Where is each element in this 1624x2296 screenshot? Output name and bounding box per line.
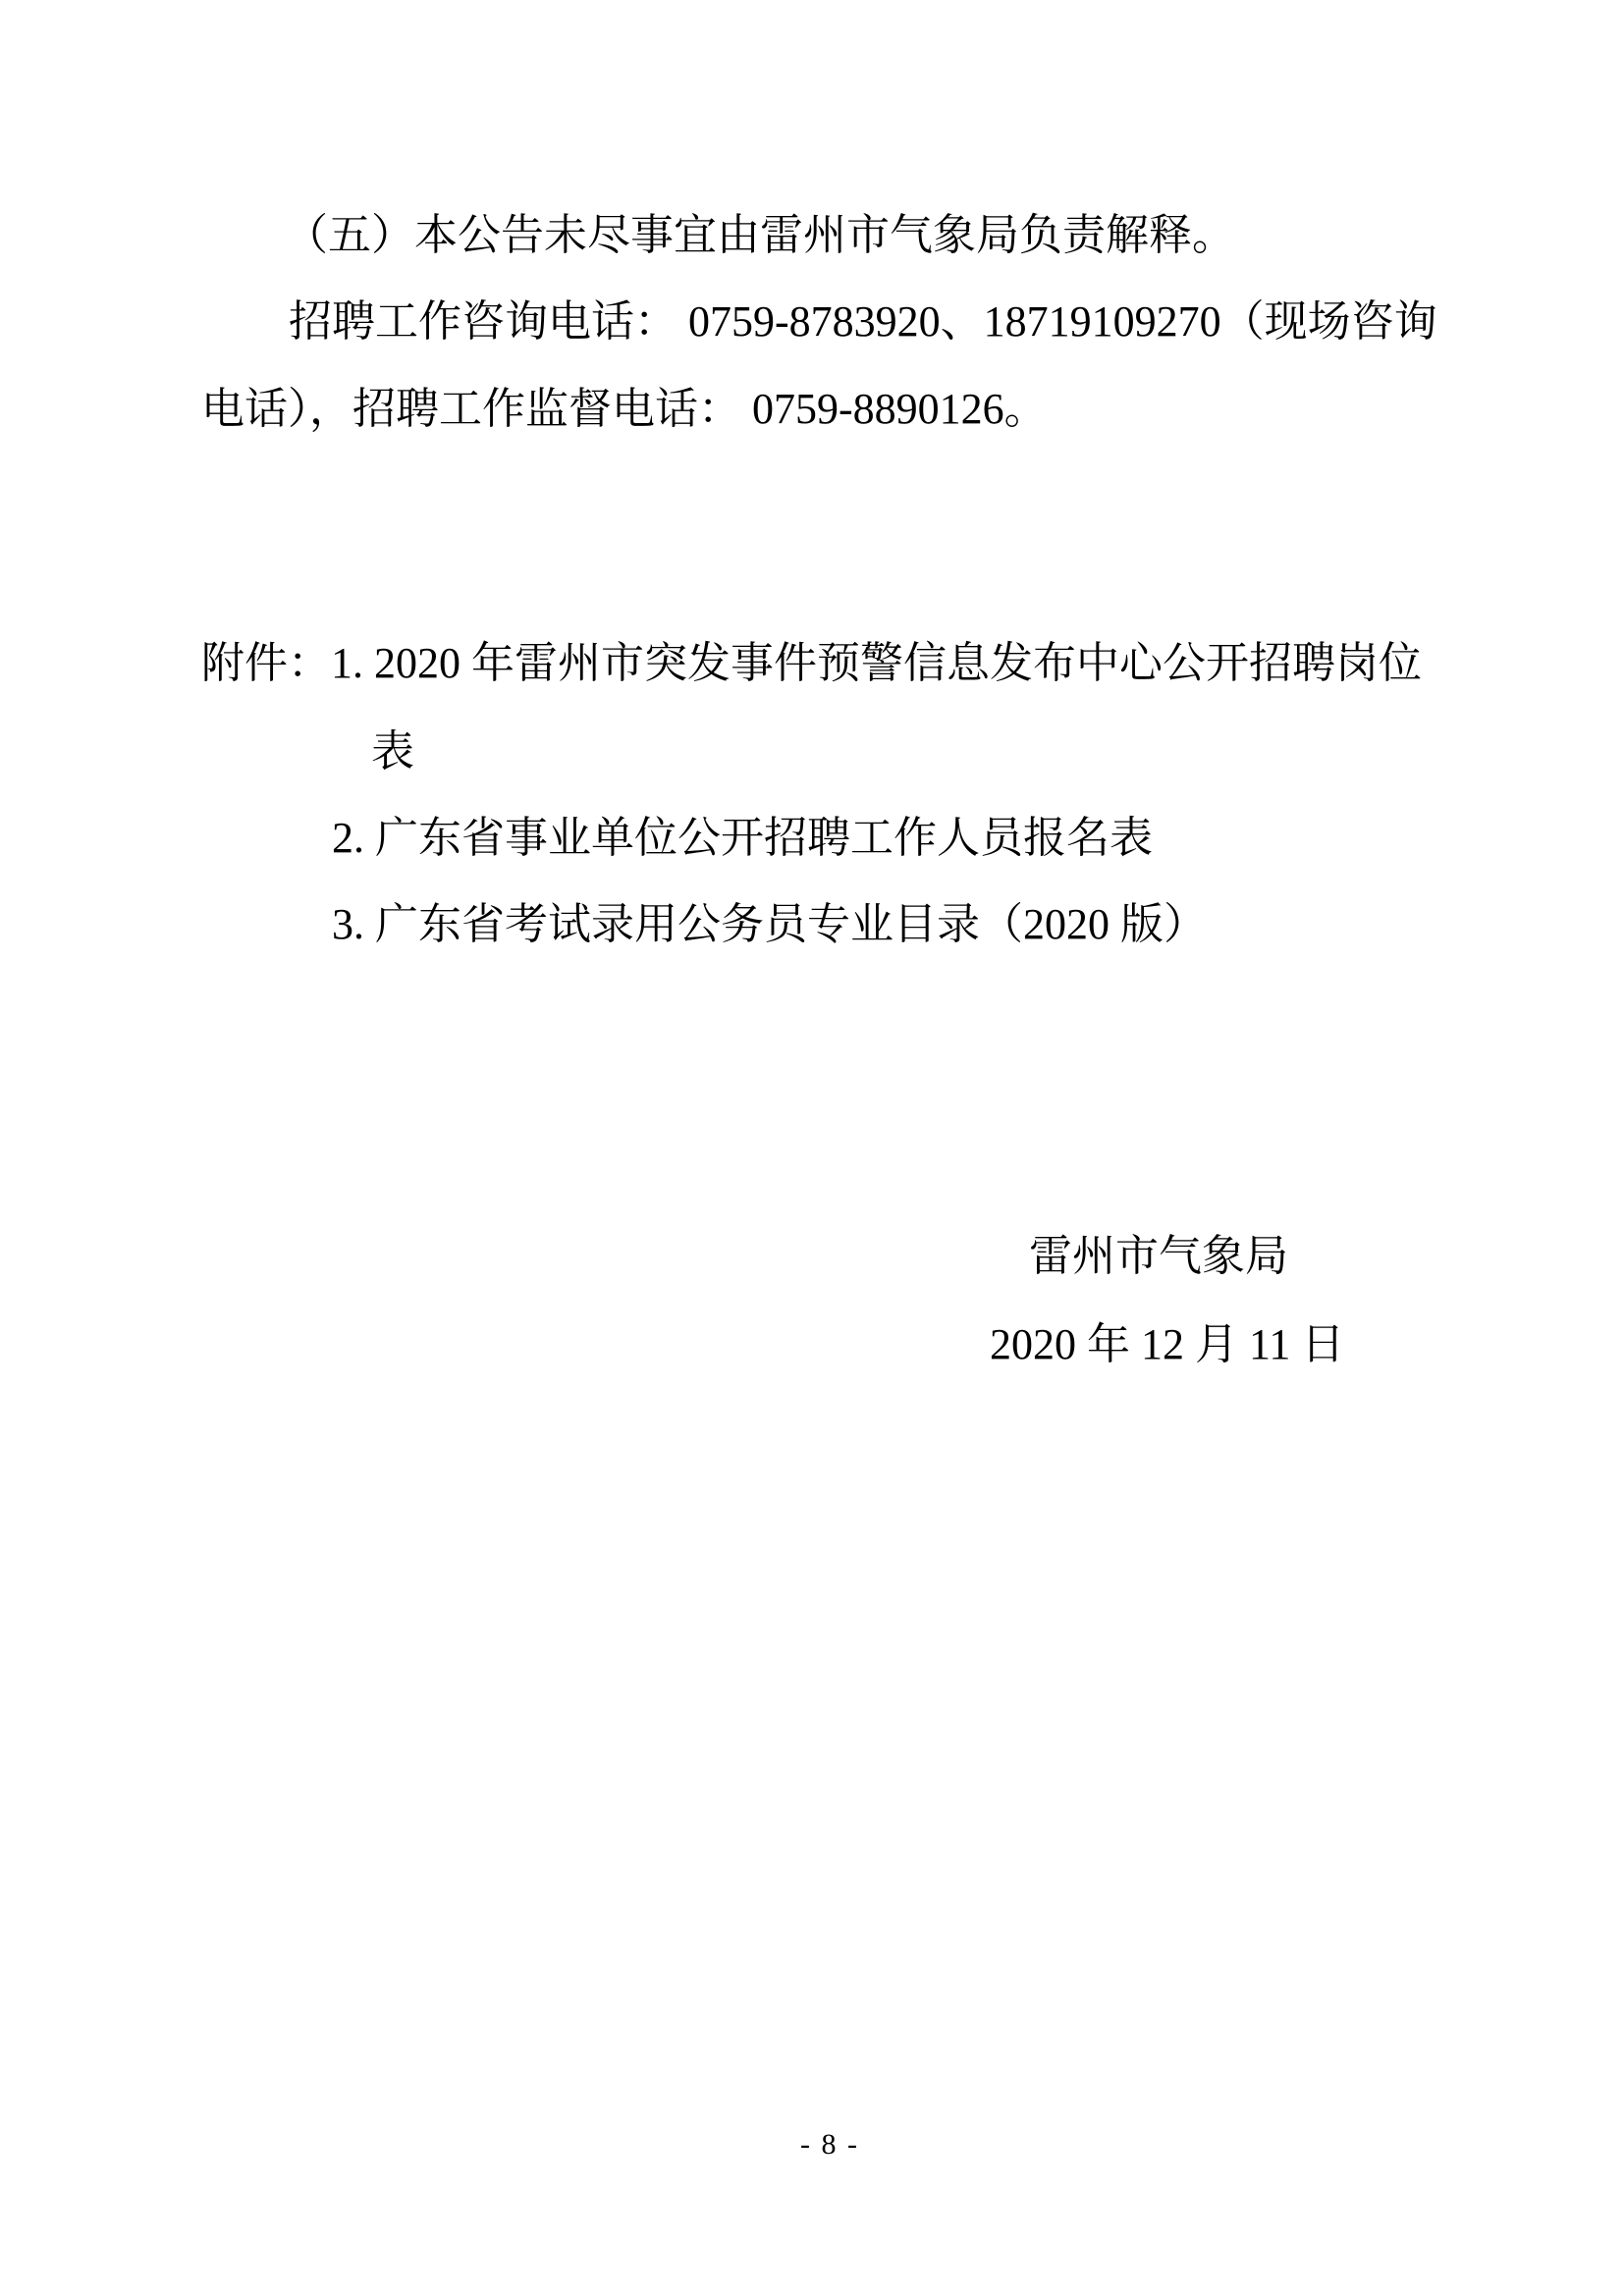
attachment-list-line-1: 附件：1. 2020 年雷州市突发事件预警信息发布中心公开招聘岗位	[201, 638, 1422, 689]
signature-organization: 雷州市气象局	[1029, 1231, 1288, 1282]
attachment-item-3: 3. 广东省考试录用公务员专业目录（2020 版）	[332, 899, 1207, 950]
body-paragraph-5: （五）本公告未尽事宜由雷州市气象局负责解释。	[285, 210, 1235, 261]
attachment-item-2: 2. 广东省事业单位公开招聘工作人员报名表	[332, 813, 1153, 864]
consult-phone-line-1: 招聘工作咨询电话： 0759-8783920、18719109270（现场咨询	[289, 296, 1437, 347]
page-number: - 8 -	[800, 2128, 859, 2162]
consult-phone-line-2: 电话），招聘工作监督电话： 0759-8890126。	[201, 384, 1048, 435]
signature-date: 2020 年 12 月 11 日	[990, 1319, 1344, 1370]
attachment-list-line-1-continuation: 表	[371, 726, 414, 777]
document-page: （五）本公告未尽事宜由雷州市气象局负责解释。 招聘工作咨询电话： 0759-87…	[0, 0, 1624, 2296]
